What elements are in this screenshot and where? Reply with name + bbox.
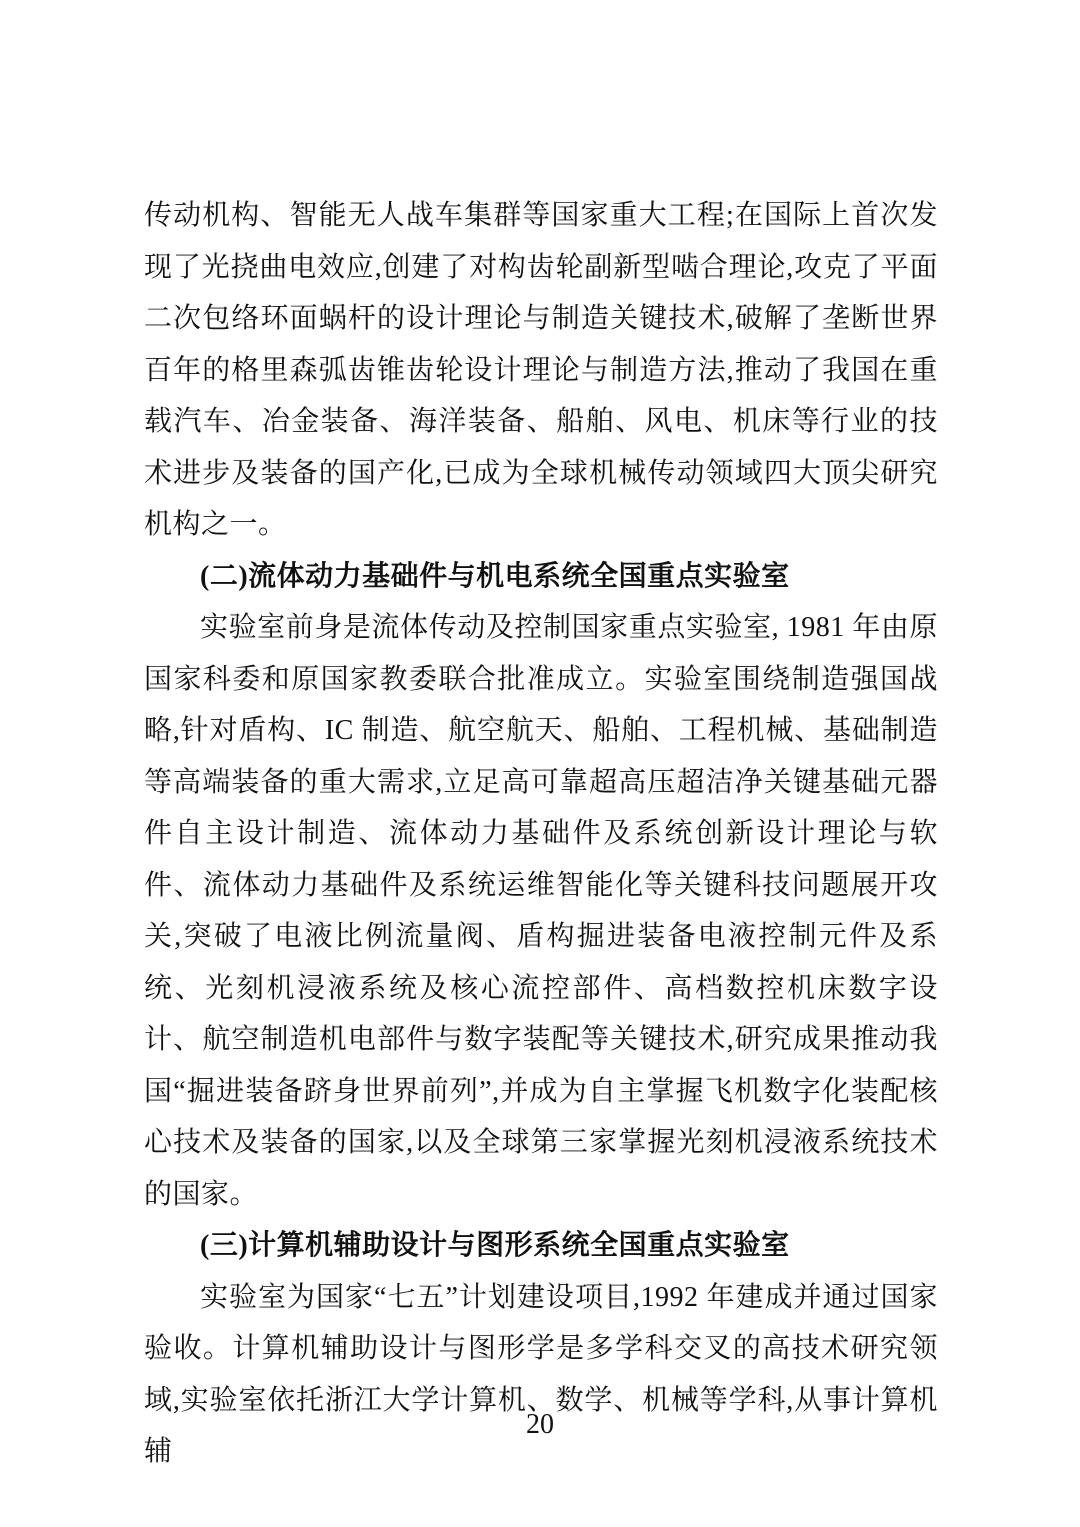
section-heading-cad-graphics-lab: (三)计算机辅助设计与图形系统全国重点实验室 xyxy=(144,1220,938,1272)
page-number: 20 xyxy=(0,1408,1080,1442)
paragraph-cad-graphics-lab: 实验室为国家“七五”计划建设项目,1992 年建成并通过国家验收。计算机辅助设计… xyxy=(144,1272,938,1478)
document-body: 传动机构、智能无人战车集群等国家重大工程;在国际上首次发现了光挠曲电效应,创建了… xyxy=(144,190,938,1478)
section-heading-fluid-power-lab: (二)流体动力基础件与机电系统全国重点实验室 xyxy=(144,551,938,603)
paragraph-continuation: 传动机构、智能无人战车集群等国家重大工程;在国际上首次发现了光挠曲电效应,创建了… xyxy=(144,190,938,551)
paragraph-fluid-power-lab: 实验室前身是流体传动及控制国家重点实验室, 1981 年由原国家科委和原国家教委… xyxy=(144,602,938,1220)
document-page: 传动机构、智能无人战车集群等国家重大工程;在国际上首次发现了光挠曲电效应,创建了… xyxy=(0,0,1080,1527)
